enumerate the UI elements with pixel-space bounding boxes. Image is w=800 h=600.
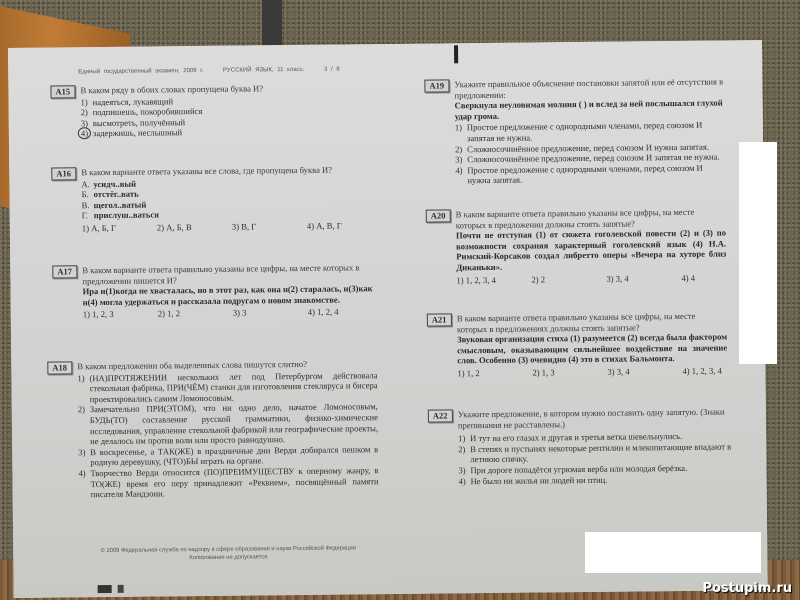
answer-option[interactable]: 3) 3, 4 bbox=[607, 366, 682, 377]
header-subject: РУССКИЙ ЯЗЫК, 11 класс. bbox=[223, 67, 304, 74]
task-id: A22 bbox=[428, 409, 453, 422]
barcode-mark bbox=[98, 585, 112, 593]
copyright-footer: © 2009 Федеральная служба по надзору в с… bbox=[98, 544, 358, 563]
task-sentence: Ира н(1)когда не хвасталась, но в этот р… bbox=[83, 283, 373, 307]
answer-options: 1) 1, 2, 3 2) 1, 2 3) 3 4) 1, 2, 4 bbox=[83, 307, 373, 321]
right-page: A19 Укажите правильное объяснение постан… bbox=[400, 40, 768, 594]
answer-option[interactable]: 4) 1, 2, 3, 4 bbox=[682, 365, 757, 376]
task-a18: A18 В каком предложении оба выделенных с… bbox=[47, 358, 378, 500]
task-a15: A15 В каком ряду в обоих словах пропущен… bbox=[50, 82, 371, 139]
left-page: Единый государственный экзамен, 2009 г. … bbox=[8, 44, 399, 598]
redaction-box bbox=[739, 142, 777, 364]
answer-option[interactable]: 3) В, Г bbox=[232, 221, 307, 232]
answer-option[interactable]: 3) 3, 4 bbox=[606, 273, 681, 284]
task-question: В каком варианте ответа правильно указан… bbox=[456, 206, 726, 230]
task-id: A17 bbox=[52, 265, 77, 278]
answer-options: 1) А, Б, Г 2) А, Б, В 3) В, Г 4) А, В, Г bbox=[82, 220, 372, 234]
exam-sheet: Единый государственный экзамен, 2009 г. … bbox=[8, 40, 768, 598]
task-id: A15 bbox=[50, 85, 75, 98]
task-id: A21 bbox=[427, 313, 452, 326]
answer-option[interactable]: 4)Не было ни жилья ни людей ни птиц. bbox=[459, 473, 749, 487]
task-a17: A17 В каком варианте ответа правильно ук… bbox=[52, 262, 373, 320]
task-sentence: Почти не отступая (1) от сюжета гоголевс… bbox=[456, 228, 726, 273]
answer-option[interactable]: 1) 1, 2, 3, 4 bbox=[456, 274, 531, 285]
answer-option-selected[interactable]: 4)задержишь, неслышный bbox=[81, 126, 371, 140]
task-id: A19 bbox=[424, 79, 449, 92]
task-question: В каком варианте ответа правильно указан… bbox=[82, 262, 372, 286]
answer-option[interactable]: 4) А, В, Г bbox=[307, 220, 382, 231]
answer-option[interactable]: 1) 1, 2, 3 bbox=[83, 309, 158, 320]
task-sentence: Звуковая организация стиха (1) разумеетс… bbox=[457, 332, 727, 367]
answer-option[interactable]: 4) 1, 2, 4 bbox=[308, 306, 383, 317]
answer-option[interactable]: 2) 1, 3 bbox=[532, 367, 607, 378]
header-page: 3 / 8 bbox=[324, 67, 340, 73]
answer-option[interactable]: 2) А, Б, В bbox=[157, 222, 232, 233]
answer-options: 1) 1, 2, 3, 4 2) 2 3) 3, 4 4) 4 bbox=[456, 272, 726, 285]
answer-option[interactable]: 2) 2 bbox=[531, 273, 606, 284]
word-item: Г.прислуш..ваться bbox=[82, 208, 372, 222]
task-sentence: Сверкнула неуловимая молния ( ) и вслед … bbox=[455, 98, 725, 122]
answer-option[interactable]: 1) 1, 2 bbox=[457, 367, 532, 378]
answer-option[interactable]: 4)Творчество Верди относится (ПО)ПРЕИМУЩ… bbox=[78, 465, 378, 500]
task-a21: A21 В каком варианте ответа правильно ук… bbox=[427, 310, 728, 379]
task-id: A20 bbox=[426, 209, 451, 222]
redaction-box bbox=[585, 532, 761, 573]
answer-option[interactable]: 4)Простое предложение с однородными член… bbox=[455, 162, 725, 186]
task-question: В каком варианте ответа правильно указан… bbox=[457, 310, 727, 334]
task-id: A18 bbox=[47, 361, 72, 374]
task-question: Укажите предложение, в котором нужно пос… bbox=[458, 406, 748, 430]
barcode-mark bbox=[118, 585, 124, 593]
watermark: Postupim.ru bbox=[702, 581, 792, 596]
task-a19: A19 Укажите правильное объяснение постан… bbox=[424, 77, 725, 187]
running-header: Единый государственный экзамен, 2009 г. … bbox=[78, 66, 356, 75]
answer-option[interactable]: 2)Замечательно ПРИ(ЭТОМ), что ни одно де… bbox=[78, 402, 378, 448]
answer-options: 1) 1, 2 2) 1, 3 3) 3, 4 4) 1, 2, 3, 4 bbox=[457, 365, 727, 378]
answer-option[interactable]: 1)(НА)ПРОТЯЖЕНИИ нескольких лет под Пете… bbox=[77, 370, 377, 405]
task-a20: A20 В каком варианте ответа правильно ук… bbox=[426, 206, 727, 285]
task-id: A16 bbox=[51, 167, 76, 180]
answer-option[interactable]: 2)В степях и пустынях некоторые рептилии… bbox=[458, 441, 748, 465]
task-question: Укажите правильное объяснение постановки… bbox=[454, 77, 724, 101]
answer-option[interactable]: 1)Простое предложение с однородными член… bbox=[455, 120, 725, 144]
task-a22: A22 Укажите предложение, в котором нужно… bbox=[428, 406, 749, 487]
answer-option[interactable]: 3) 3 bbox=[233, 307, 308, 318]
answer-option[interactable]: 2) 1, 2 bbox=[158, 308, 233, 319]
header-exam: Единый государственный экзамен, 2009 г. bbox=[78, 68, 203, 75]
answer-option[interactable]: 1) А, Б, Г bbox=[82, 222, 157, 233]
circle-mark: 4) bbox=[78, 128, 91, 140]
task-a16: A16 В каком варианте ответа указаны все … bbox=[51, 164, 372, 234]
